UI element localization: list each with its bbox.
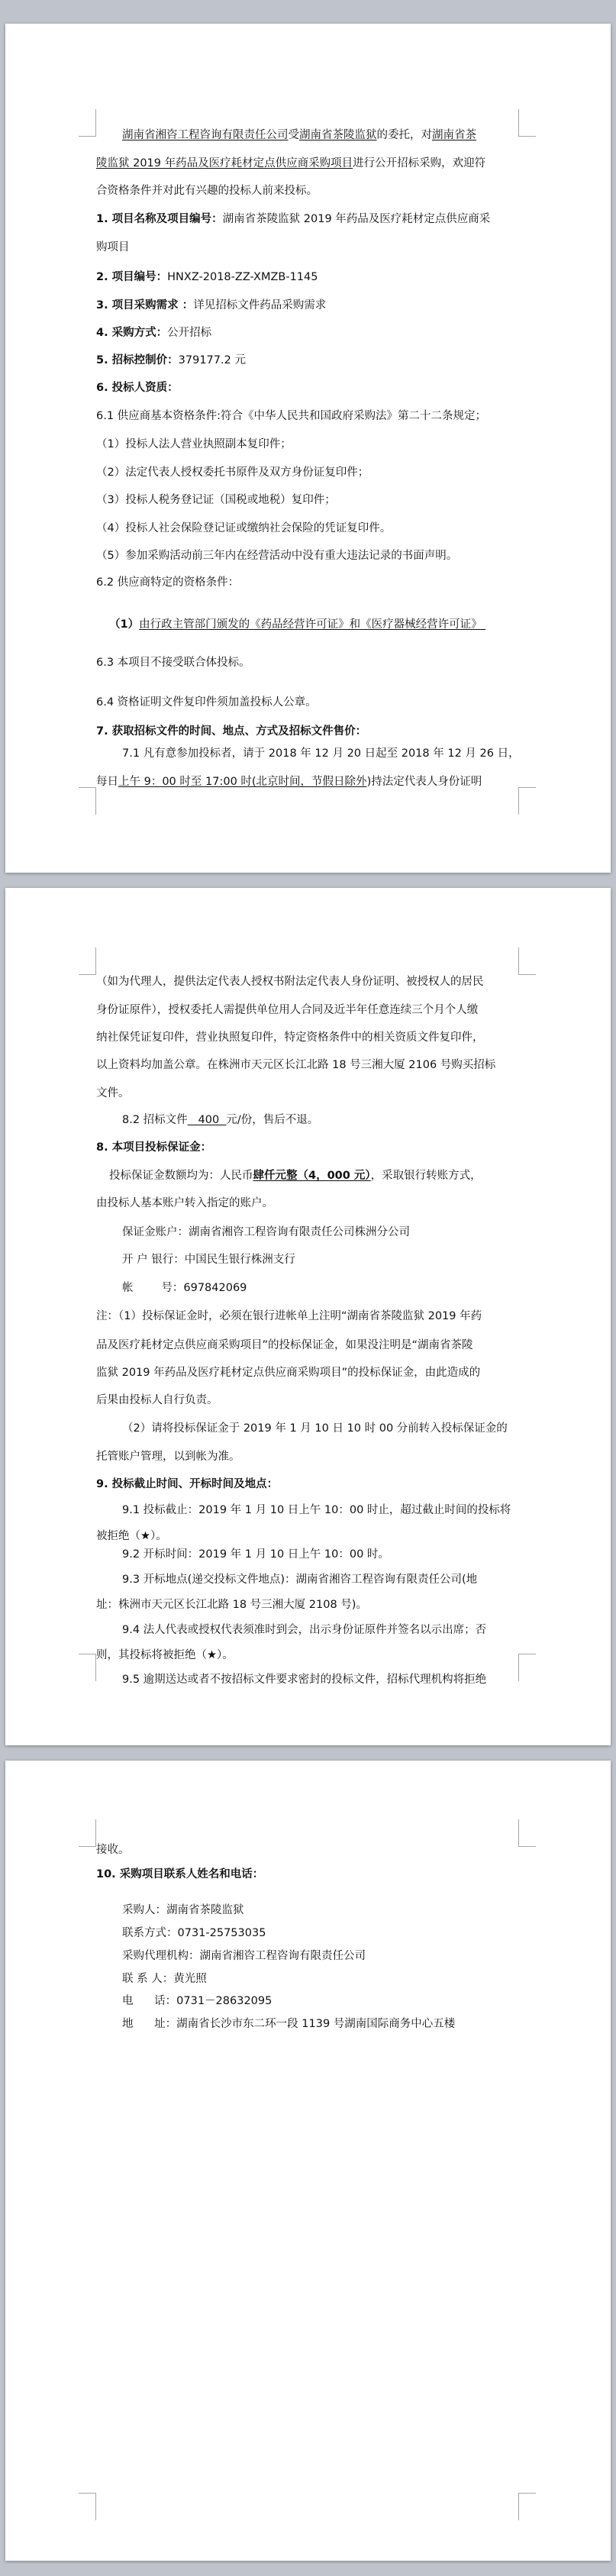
- clause-9-3: 址：株洲市天元区长江北路 18 号三湘大厦 2108 号)。: [96, 1597, 367, 1612]
- section-8-heading: 8. 本项目投标保证金：: [96, 1140, 211, 1155]
- text-run: 9. 投标截止时间、开标时间及地点：: [96, 1478, 278, 1490]
- text-run: 则，其投标将被拒绝（★）。: [96, 1649, 234, 1661]
- contact-purchaser-phone: 联系方式：0731-25753035: [122, 1926, 266, 1941]
- text-run: 1. 项目名称及项目编号：: [96, 213, 223, 225]
- clause-6-1: 6.1 供应商基本资格条件:符合《中华人民共和国政府采购法》第二十二条规定；: [96, 408, 486, 424]
- clause-7-1: 7.1 凡有意参加投标者，请于 2018 年 12 月 20 日起至 2018 …: [122, 746, 520, 761]
- clause-7-1: 每日上午 9：00 时至 17:00 时(北京时间，节假日除外)持法定代表人身份…: [96, 774, 482, 789]
- text-run: 托管账户管理，以到帐为准。: [96, 1451, 240, 1463]
- clause-9-1: 被拒绝（★）。: [96, 1528, 167, 1544]
- clause-8-2: 8.2 招标文件 400 元/份，售后不退。: [122, 1112, 318, 1128]
- text-run: 9.1 投标截止：2019 年 1 月 10 日上午 10：00 时止，超过截止…: [122, 1504, 511, 1516]
- clause-9-5: 9.5 逾期送达或者不按招标文件要求密封的投标文件，招标代理机构将拒绝: [122, 1672, 486, 1687]
- clause-7-1: 身份证原件），授权委托人需提供单位用人合同及近半年任意连续三个月个人缴: [96, 1002, 478, 1018]
- clause-7-1: 以上资料均加盖公章。在株洲市天元区长江北路 18 号三湘大厦 2106 号购买招…: [96, 1057, 495, 1073]
- contact-agency: 采购代理机构：湖南省湘咨工程咨询有限责任公司: [122, 1948, 366, 1964]
- text-run: 每日: [96, 776, 118, 788]
- clause-6-2: 6.2 供应商特定的资格条件：: [96, 575, 239, 590]
- text-run: 接收。: [96, 1844, 130, 1856]
- clause-7-1: 纳社保凭证复印件，营业执照复印件，特定资格条件中的相关资质文件复印件，: [96, 1030, 484, 1045]
- text-run: ，采取银行转账方式，: [371, 1170, 482, 1182]
- text-run: 元/份，售后不退。: [226, 1114, 318, 1126]
- text-run: 址：株洲市天元区长江北路 18 号三湘大厦 2108 号)。: [96, 1599, 367, 1611]
- text-run: )持法定代表人身份证明: [367, 776, 482, 788]
- text-run: 湖南省湘咨工程咨询有限责任公司: [122, 129, 289, 141]
- text-run: 6.2 供应商特定的资格条件：: [96, 576, 239, 589]
- text-run: 6.1 供应商基本资格条件:符合《中华人民共和国政府采购法》第二十二条规定；: [96, 410, 486, 422]
- intro-line: 合资格条件并对此有兴趣的投标人前来投标。: [96, 183, 318, 199]
- text-run: 联系方式：0731-25753035: [122, 1927, 266, 1939]
- text-run: 9.4 法人代表或授权代表须准时到会，出示身份证原件并签名以示出席；否: [122, 1624, 486, 1636]
- text-run: 后果由投标人自行负责。: [96, 1394, 218, 1406]
- margin-corner-mark: [79, 109, 96, 137]
- deposit-note: 品及医疗耗材定点供应商采购项目”的投标保证金，如果没注明是“湖南省茶陵: [96, 1338, 473, 1353]
- section-5-line: 5. 招标控制价：379177.2 元: [96, 353, 246, 368]
- margin-corner-mark: [518, 947, 536, 975]
- text-run: 由投标人基本账户转入指定的账户。: [96, 1197, 273, 1209]
- text-run: 10. 采购项目联系人姓名和电话：: [96, 1868, 263, 1880]
- text-run: 7.1 凡有意参加投标者，请于 2018 年 12 月 20 日起至 2018 …: [122, 747, 520, 760]
- text-run: 6.3 本项目不接受联合体投标。: [96, 657, 250, 669]
- deposit-note-2: （2）请将投标保证金于 2019 年 1 月 10 日 10 时 00 分前转入…: [122, 1421, 508, 1436]
- text-run: （如为代理人，提供法定代表人授权书附法定代表人身份证明、被授权人的居民: [96, 976, 484, 988]
- text-run: （2）请将投标保证金于 2019 年 1 月 10 日 10 时 00 分前转入…: [122, 1422, 508, 1435]
- clause-9-1: 9.1 投标截止：2019 年 1 月 10 日上午 10：00 时止，超过截止…: [122, 1503, 511, 1518]
- intro-line: 湖南省湘咨工程咨询有限责任公司受湖南省茶陵监狱的委托，对湖南省茶: [122, 128, 476, 143]
- clause-6-1-item: （3）投标人税务登记证（国税或地税）复印件；: [96, 492, 336, 508]
- text-run: 注：（1）投标保证金时，必须在银行进帐单上注明“湖南省茶陵监狱 2019 年药: [96, 1310, 482, 1322]
- document-page-2: （如为代理人，提供法定代表人授权书附法定代表人身份证明、被授权人的居民 身份证原…: [5, 888, 611, 1745]
- clause-6-1-item: （1）投标人法人营业执照副本复印件；: [96, 437, 292, 452]
- text-run: 联 系 人：黄光照: [122, 1973, 207, 1985]
- clause-6-3: 6.3 本项目不接受联合体投标。: [96, 655, 250, 670]
- clause-9-3: 9.3 开标地点(递交投标文件地点)：湖南省湘咨工程咨询有限责任公司(地: [122, 1572, 477, 1587]
- text-run: 肆仟元整（4，000 元）: [253, 1170, 371, 1182]
- text-run: 帐 号：697842069: [122, 1282, 247, 1294]
- deposit-note-2: 托管账户管理，以到帐为准。: [96, 1449, 240, 1464]
- text-run: 采购代理机构：湖南省湘咨工程咨询有限责任公司: [122, 1950, 366, 1962]
- text-run: 的委托，对: [377, 129, 433, 141]
- text-run: （3）投标人税务登记证（国税或地税）复印件；: [96, 494, 336, 506]
- text-run: 采购人：湖南省茶陵监狱: [122, 1904, 244, 1916]
- text-run: 6. 投标人资质：: [96, 382, 179, 394]
- text-run: 购项目: [96, 241, 130, 253]
- text-run: 8.2 招标文件: [122, 1114, 188, 1126]
- deposit-account-number: 帐 号：697842069: [122, 1280, 247, 1296]
- deposit-amount: 由投标人基本账户转入指定的账户。: [96, 1196, 273, 1211]
- clause-7-1: 文件。: [96, 1086, 130, 1101]
- text-run: 公开招标: [167, 327, 211, 339]
- deposit-bank: 开 户 银行：中国民生银行株洲支行: [122, 1252, 295, 1267]
- text-run: （2）法定代表人授权委托书原件及双方身份证复印件；: [96, 466, 369, 479]
- text-run: 上午 9：00 时至 17:00 时(北京时间，节假日除外: [118, 776, 367, 788]
- margin-corner-mark: [79, 787, 96, 815]
- contact-purchaser: 采购人：湖南省茶陵监狱: [122, 1903, 244, 1918]
- margin-corner-mark: [518, 1819, 536, 1847]
- section-6-heading: 6. 投标人资质：: [96, 380, 179, 395]
- text-run: 文件。: [96, 1087, 130, 1099]
- text-run: 湖南省茶陵监狱: [299, 129, 377, 141]
- deposit-amount: 投标保证金数额均为：人民币肆仟元整（4，000 元），采取银行转账方式，: [109, 1168, 482, 1183]
- margin-corner-mark: [79, 1654, 96, 1681]
- text-run: 保证金账户：湖南省湘咨工程咨询有限责任公司株洲分公司: [122, 1226, 410, 1238]
- clause-6-1-item: （4）投标人社会保险登记证或缴纳社会保险的凭证复印件。: [96, 521, 391, 536]
- margin-corner-mark: [518, 2493, 536, 2520]
- clause-9-2: 9.2 开标时间：2019 年 1 月 10 日上午 10：00 时。: [122, 1547, 389, 1562]
- clause-6-4: 6.4 资格证明文件复印件须加盖投标人公章。: [96, 695, 317, 710]
- section-3-line: 3. 项目采购需求 ：详见招标文件药品采购需求: [96, 298, 326, 313]
- text-run: 合资格条件并对此有兴趣的投标人前来投标。: [96, 185, 318, 197]
- text-run: 5. 招标控制价：: [96, 354, 179, 366]
- text-run: 被拒绝（★）。: [96, 1530, 167, 1542]
- text-run: 投标保证金数额均为：人民币: [109, 1170, 253, 1182]
- text-run: 9.2 开标时间：2019 年 1 月 10 日上午 10：00 时。: [122, 1548, 389, 1561]
- text-run: 开 户 银行：中国民生银行株洲支行: [122, 1254, 295, 1266]
- text-run: 电 话：0731－28632095: [122, 1995, 272, 2007]
- margin-corner-mark: [518, 787, 536, 815]
- deposit-note: 监狱 2019 年药品及医疗耗材定点供应商采购项目”的投标保证金，由此造成的: [96, 1365, 480, 1380]
- text-run: （5）参加采购活动前三年内在经营活动中没有重大违法记录的书面声明。: [96, 550, 457, 562]
- text-run: 2. 项目编号：: [96, 271, 167, 283]
- text-run: 湖南省茶: [432, 129, 476, 141]
- text-run: 8. 本项目投标保证金：: [96, 1141, 211, 1154]
- text-run: 陵监狱 2019 年药品及医疗耗材定点供应商采购项目: [96, 157, 353, 169]
- section-4-line: 4. 采购方式：公开招标: [96, 325, 211, 341]
- intro-line: 陵监狱 2019 年药品及医疗耗材定点供应商采购项目进行公开招标采购，欢迎符: [96, 156, 485, 171]
- section-9-heading: 9. 投标截止时间、开标时间及地点：: [96, 1477, 278, 1492]
- text-run: 以上资料均加盖公章。在株洲市天元区长江北路 18 号三湘大厦 2106 号购买招…: [96, 1059, 495, 1071]
- clause-6-1-item: （5）参加采购活动前三年内在经营活动中没有重大违法记录的书面声明。: [96, 548, 457, 563]
- margin-corner-mark: [79, 1819, 96, 1847]
- text-run: 身份证原件），授权委托人需提供单位用人合同及近半年任意连续三个月个人缴: [96, 1004, 478, 1016]
- text-run: 进行公开招标采购，欢迎符: [353, 157, 485, 169]
- clause-9-5: 接收。: [96, 1842, 130, 1858]
- text-run: 详见招标文件药品采购需求: [193, 299, 326, 312]
- section-1-line: 1. 项目名称及项目编号：湖南省茶陵监狱 2019 年药品及医疗耗材定点供应商采: [96, 211, 490, 227]
- section-7-heading: 7. 获取招标文件的时间、地点、方式及招标文件售价：: [96, 724, 366, 739]
- text-run: （4）投标人社会保险登记证或缴纳社会保险的凭证复印件。: [96, 522, 391, 534]
- section-10-heading: 10. 采购项目联系人姓名和电话：: [96, 1867, 263, 1882]
- text-run: 受: [289, 129, 300, 141]
- text-run: 6.4 资格证明文件复印件须加盖投标人公章。: [96, 696, 317, 709]
- text-run: 湖南省茶陵监狱 2019 年药品及医疗耗材定点供应商采: [223, 213, 491, 225]
- deposit-account-name: 保证金账户：湖南省湘咨工程咨询有限责任公司株洲分公司: [122, 1225, 410, 1240]
- text-run: 4. 采购方式：: [96, 327, 167, 339]
- document-page-3: 接收。 10. 采购项目联系人姓名和电话： 采购人：湖南省茶陵监狱 联系方式：0…: [5, 1761, 611, 2561]
- clause-7-1: （如为代理人，提供法定代表人授权书附法定代表人身份证明、被授权人的居民: [96, 974, 484, 989]
- deposit-note: 后果由投标人自行负责。: [96, 1393, 218, 1408]
- clause-9-4: 则，其投标将被拒绝（★）。: [96, 1648, 234, 1663]
- section-1-line: 购项目: [96, 240, 130, 255]
- margin-corner-mark: [79, 2493, 96, 2520]
- clause-6-2-item: （1）由行政主管部门颁发的《药品经营许可证》和《医疗器械经营许可证》: [109, 617, 485, 632]
- contact-phone: 电 话：0731－28632095: [122, 1993, 272, 2009]
- text-run: 3. 项目采购需求 ：: [96, 299, 193, 312]
- deposit-note: 注：（1）投标保证金时，必须在银行进帐单上注明“湖南省茶陵监狱 2019 年药: [96, 1309, 482, 1324]
- text-run: （1）投标人法人营业执照副本复印件；: [96, 438, 292, 450]
- text-run: （1）: [109, 618, 139, 631]
- text-run: 7. 获取招标文件的时间、地点、方式及招标文件售价：: [96, 725, 366, 738]
- margin-corner-mark: [518, 1654, 536, 1681]
- text-run: HNXZ-2018-ZZ-XMZB-1145: [167, 271, 318, 283]
- document-page-1: 湖南省湘咨工程咨询有限责任公司受湖南省茶陵监狱的委托，对湖南省茶 陵监狱 201…: [5, 24, 611, 873]
- text-run: 品及医疗耗材定点供应商采购项目”的投标保证金，如果没注明是“湖南省茶陵: [96, 1339, 473, 1351]
- text-run: 纳社保凭证复印件，营业执照复印件，特定资格条件中的相关资质文件复印件，: [96, 1031, 484, 1044]
- margin-corner-mark: [79, 947, 96, 975]
- text-run: 由行政主管部门颁发的《药品经营许可证》和《医疗器械经营许可证》: [139, 618, 485, 631]
- text-run: 9.3 开标地点(递交投标文件地点)：湖南省湘咨工程咨询有限责任公司(地: [122, 1574, 477, 1586]
- contact-person: 联 系 人：黄光照: [122, 1971, 207, 1987]
- text-run: 400: [188, 1114, 227, 1126]
- clause-9-4: 9.4 法人代表或授权代表须准时到会，出示身份证原件并签名以示出席；否: [122, 1622, 486, 1638]
- margin-corner-mark: [518, 109, 536, 137]
- text-run: 地 址：湖南省长沙市东二环一段 1139 号湖南国际商务中心五楼: [122, 2018, 455, 2030]
- section-2-line: 2. 项目编号：HNXZ-2018-ZZ-XMZB-1145: [96, 270, 318, 285]
- text-run: 379177.2 元: [179, 354, 246, 366]
- text-run: 9.5 逾期送达或者不按招标文件要求密封的投标文件，招标代理机构将拒绝: [122, 1674, 486, 1686]
- contact-address: 地 址：湖南省长沙市东二环一段 1139 号湖南国际商务中心五楼: [122, 2016, 455, 2032]
- clause-6-1-item: （2）法定代表人授权委托书原件及双方身份证复印件；: [96, 465, 369, 480]
- text-run: 监狱 2019 年药品及医疗耗材定点供应商采购项目”的投标保证金，由此造成的: [96, 1367, 480, 1379]
